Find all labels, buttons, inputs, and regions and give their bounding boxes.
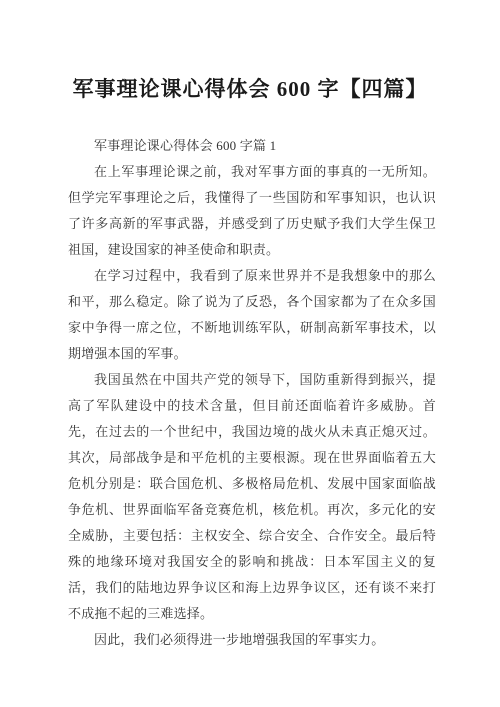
document-page: 军事理论课心得体会 600 字【四篇】 军事理论课心得体会 600 字篇 1 在… xyxy=(0,0,500,707)
paragraph-4: 因此，我们必须得进一步地增强我国的军事实力。 xyxy=(68,627,436,653)
document-title: 军事理论课心得体会 600 字【四篇】 xyxy=(40,74,460,104)
document-body: 军事理论课心得体会 600 字篇 1 在上军事理论课之前，我对军事方面的事真的一… xyxy=(68,133,436,653)
paragraph-1: 在上军事理论课之前，我对军事方面的事真的一无所知。但学完军事理论之后，我懂得了一… xyxy=(68,159,436,263)
paragraph-3: 我国虽然在中国共产党的领导下，国防重新得到振兴，提高了军队建设中的技术含量，但目… xyxy=(68,367,436,627)
section-heading: 军事理论课心得体会 600 字篇 1 xyxy=(68,133,436,159)
paragraph-2: 在学习过程中，我看到了原来世界并不是我想象中的那么和平，那么稳定。除了说为了反恐… xyxy=(68,263,436,367)
